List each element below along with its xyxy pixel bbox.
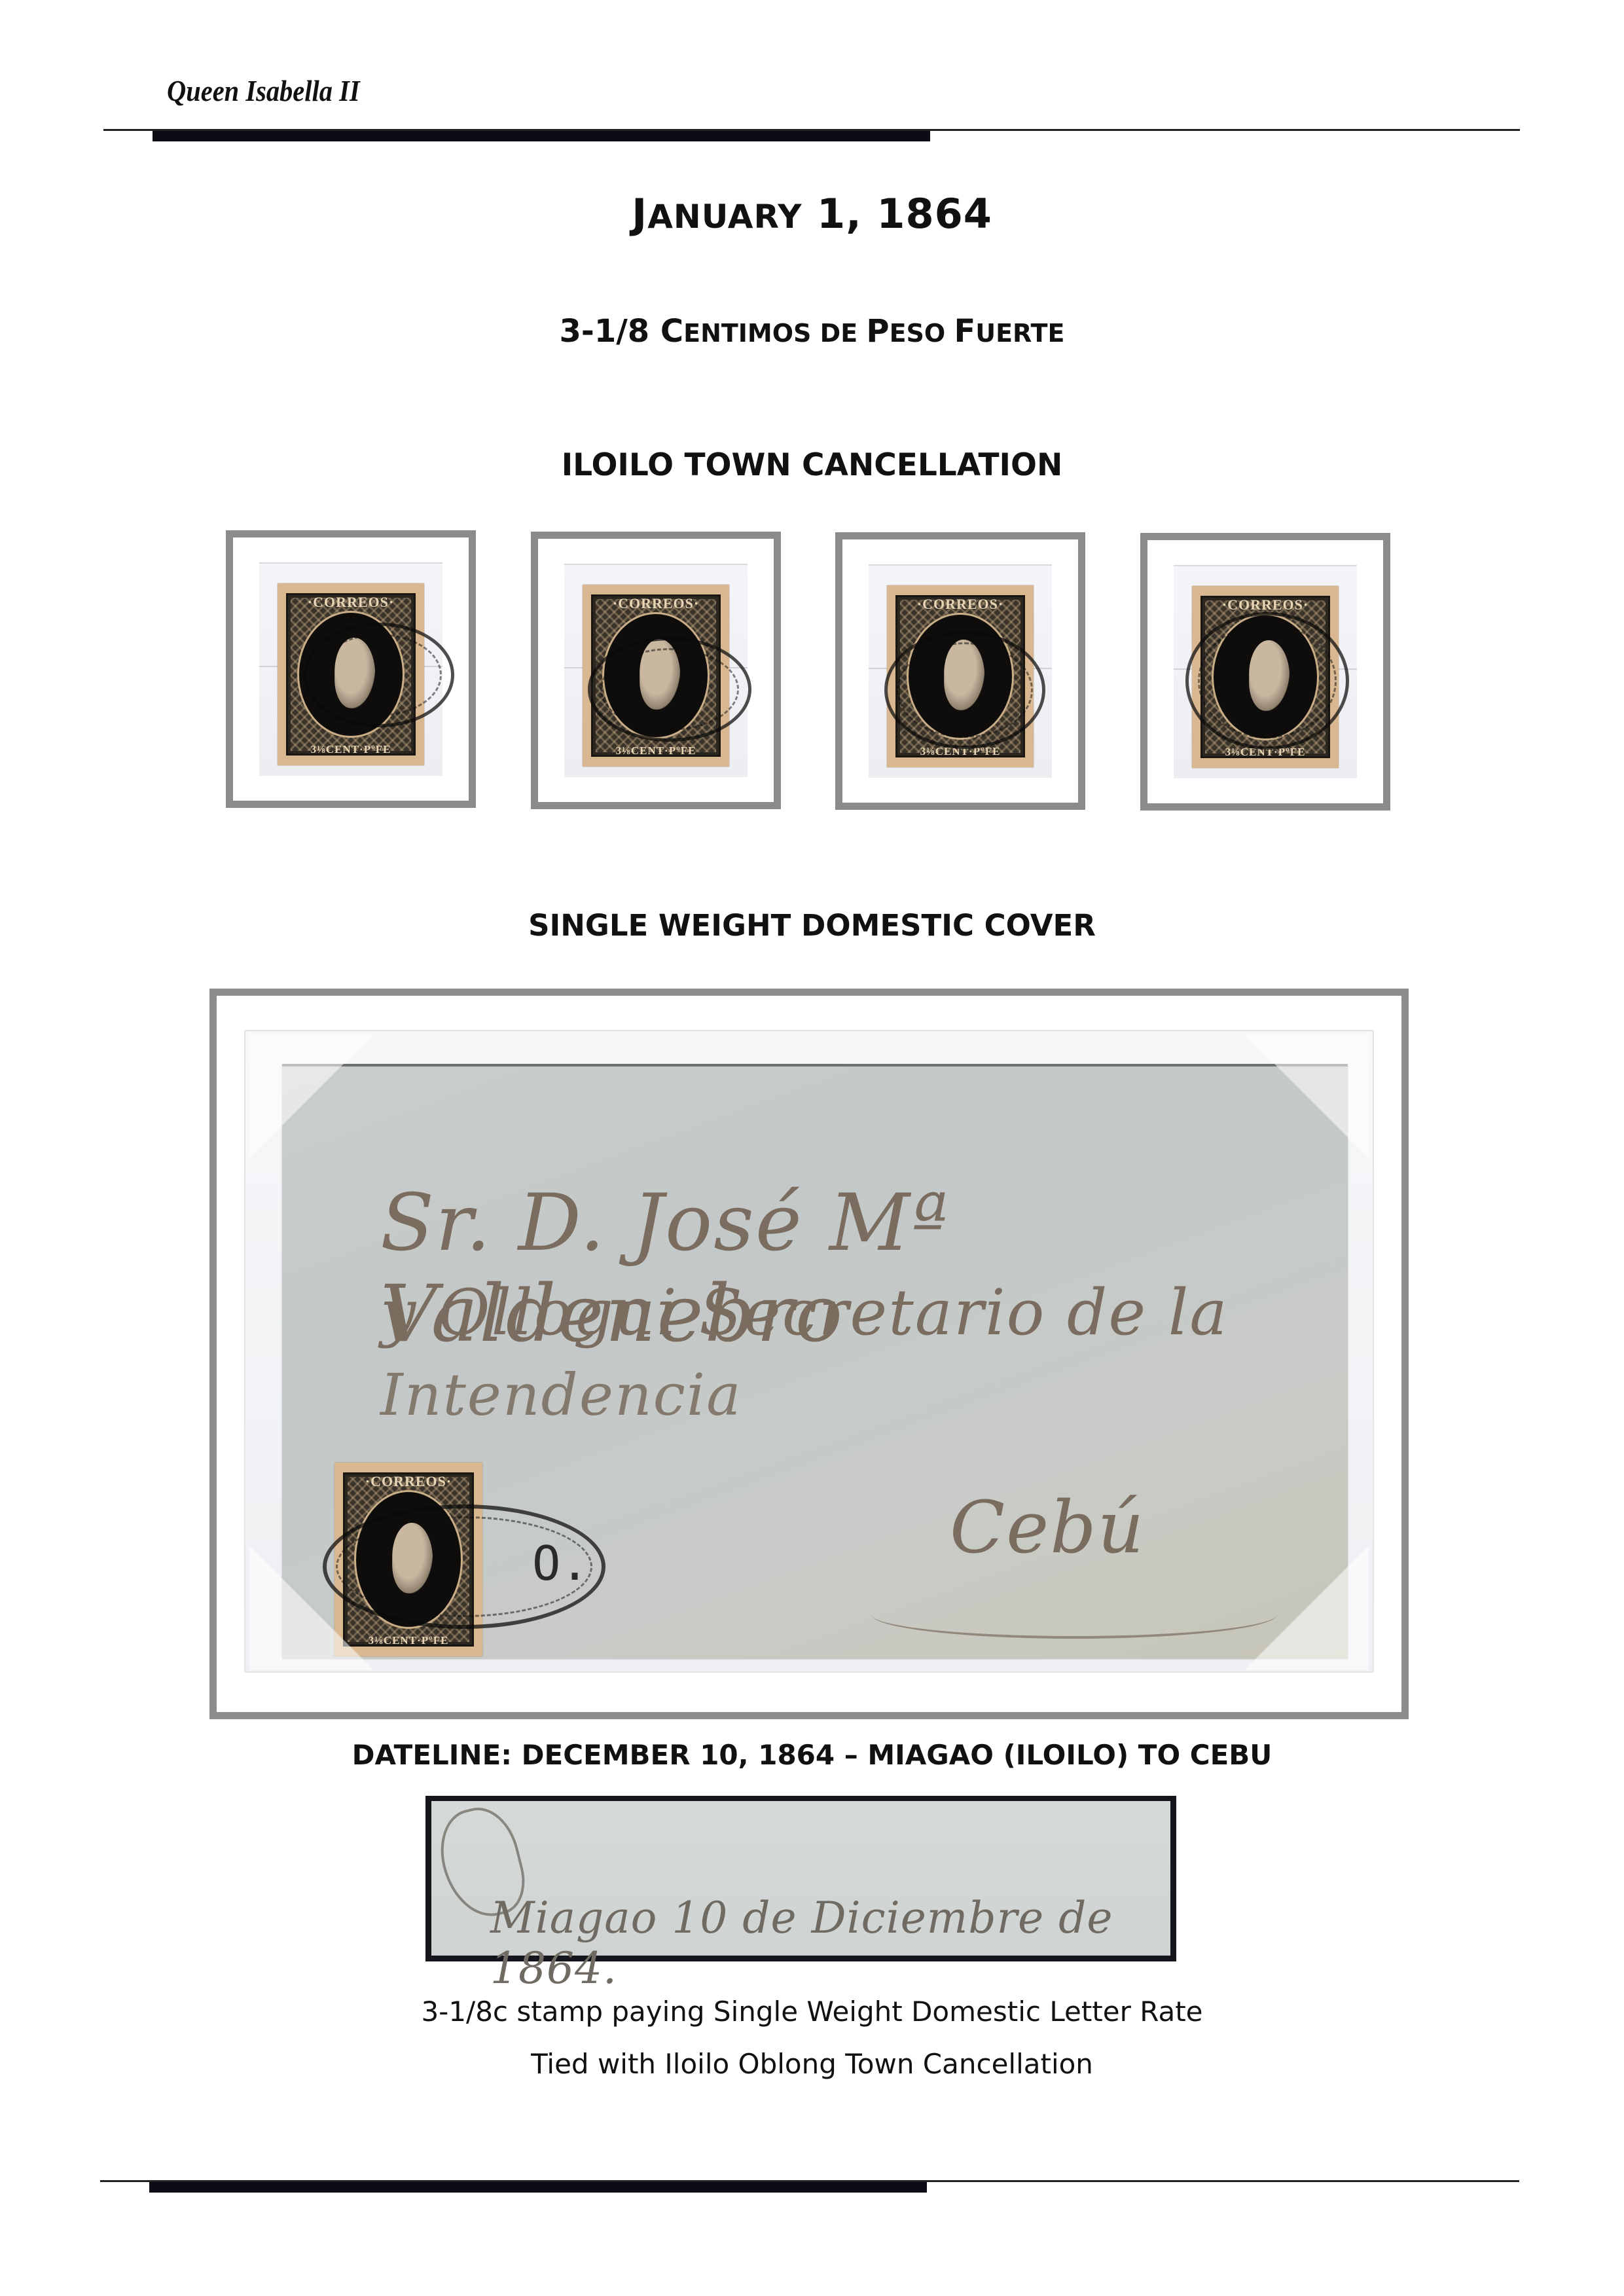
subtitle-part: ESO <box>890 319 954 348</box>
description-line-1: 3-1/8c stamp paying Single Weight Domest… <box>0 1995 1624 2028</box>
stamp-icon: ·CORREOS· 3⅛CENT·PºFE <box>1192 586 1339 768</box>
footer-rule-thick <box>149 2182 927 2193</box>
stamp-mount-4: ·CORREOS· 3⅛CENT·PºFE <box>1140 533 1390 811</box>
subtitle-part: UERTE <box>975 319 1064 348</box>
oval-cancel-icon <box>304 623 454 727</box>
page-subtitle: 3-1/8 CENTIMOS DE PESO FUERTE <box>0 313 1624 350</box>
address-city: Cebú <box>950 1485 1146 1569</box>
address-line-3: Intendencia <box>380 1361 742 1429</box>
description-line-2: Tied with Iloilo Oblong Town Cancellatio… <box>0 2048 1624 2080</box>
dateline-excerpt: Miagao 10 de Diciembre de 1864. <box>425 1796 1176 1961</box>
oval-cancel-icon <box>588 637 751 742</box>
oval-cancel-icon <box>884 631 1045 749</box>
stamp-label-top: ·CORREOS· <box>334 1473 482 1490</box>
stamp-mount-1: ·CORREOS· 3⅛CENT·PºFE <box>226 530 476 808</box>
stamp-label-value: 3⅛CENT·PºFE <box>278 743 424 756</box>
subtitle-part: 3-1/8 <box>560 313 660 350</box>
stamp-label-value: 3⅛CENT·PºFE <box>583 744 729 757</box>
stamp-mount-2: ·CORREOS· 3⅛CENT·PºFE <box>531 532 781 809</box>
cancel-text: O. <box>532 1536 589 1591</box>
title-date: 1, 1864 <box>802 190 992 238</box>
cover-envelope: Sr. D. José Mª Valdenebro y Ollogui Secr… <box>282 1064 1348 1658</box>
address-flourish <box>871 1590 1277 1639</box>
stamp-icon: ·CORREOS· 3⅛CENT·PºFE <box>887 585 1034 767</box>
cover-stamp-icon: ·CORREOS· 3⅛CENT·PºFE O. <box>334 1463 482 1656</box>
title-initial: J <box>632 190 647 238</box>
stamp-label-top: ·CORREOS· <box>887 596 1034 613</box>
section-title-cancellation: ILOILO TOWN CANCELLATION <box>0 447 1624 483</box>
header-rule-thick <box>153 131 930 141</box>
cover-mount: Sr. D. José Mª Valdenebro y Ollogui Secr… <box>209 989 1409 1719</box>
stamp-label-top: ·CORREOS· <box>583 595 729 612</box>
oval-cancel-icon <box>1185 612 1349 750</box>
page-title: JANUARY 1, 1864 <box>0 190 1624 238</box>
address-line-2: y Ollogui Secretario de la <box>380 1276 1229 1349</box>
stamp-icon: ·CORREOS· 3⅛CENT·PºFE <box>583 585 729 767</box>
subtitle-part: C <box>660 313 683 350</box>
stamp-icon: ·CORREOS· 3⅛CENT·PºFE <box>278 583 424 765</box>
title-smallcaps: ANUARY <box>647 198 802 236</box>
stamp-mount-3: ·CORREOS· 3⅛CENT·PºFE <box>835 532 1085 810</box>
section-title-cover: SINGLE WEIGHT DOMESTIC COVER <box>0 908 1624 943</box>
dateline-title: DATELINE: DECEMBER 10, 1864 – MIAGAO (IL… <box>0 1739 1624 1771</box>
stamp-label-top: ·CORREOS· <box>278 594 424 611</box>
subtitle-part: P <box>866 313 889 350</box>
stamp-label-top: ·CORREOS· <box>1192 596 1339 613</box>
running-head: Queen Isabella II <box>167 73 360 108</box>
handwritten-dateline: Miagao 10 de Diciembre de 1864. <box>490 1893 1170 1994</box>
subtitle-part: F <box>954 313 975 350</box>
subtitle-part: ENTIMOS DE <box>683 319 866 348</box>
stamp-label-value: 3⅛CENT·PºFE <box>334 1634 482 1647</box>
